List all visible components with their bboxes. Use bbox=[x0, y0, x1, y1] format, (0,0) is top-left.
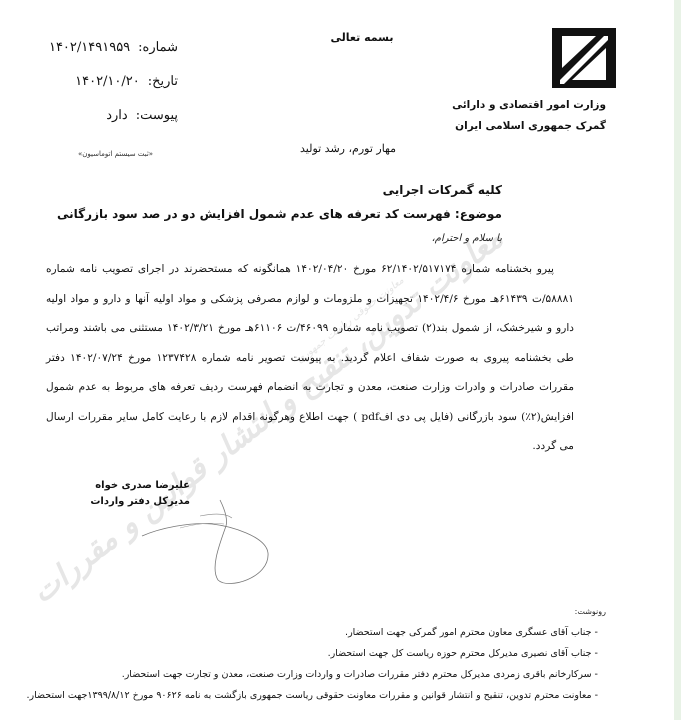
subject-text: فهرست کد تعرفه های عدم شمول افزایش دو در… bbox=[57, 207, 451, 221]
cc-list: رونوشت: - جناب آقای عسگری معاون محترم ام… bbox=[6, 602, 606, 706]
year-slogan: مهار تورم، رشد تولید bbox=[300, 142, 396, 155]
letter-body: پیرو بخشنامه شماره ۶۲/۱۴۰۲/۵۱۷۱۷۴ مورخ ۱… bbox=[46, 255, 574, 462]
letter-date-label: تاریخ: bbox=[148, 74, 178, 89]
customs-logo-icon bbox=[552, 28, 616, 88]
side-strip bbox=[674, 0, 681, 720]
ministry-name: وزارت امور اقتصادی و دارائی bbox=[426, 95, 606, 116]
cc-item: - سرکارخانم باقری زمردی مدیرکل محترم دفت… bbox=[6, 664, 606, 685]
automation-system-note: «ثبت سیستم اتوماسیون» bbox=[78, 150, 153, 158]
subject-label: موضوع: bbox=[455, 207, 502, 221]
cc-item: - جناب آقای نصیری مدیرکل محترم حوزه ریاس… bbox=[6, 643, 606, 664]
customs-name: گمرک جمهوری اسلامی ایران bbox=[426, 116, 606, 137]
letter-number-value: ۱۴۰۲/۱۴۹۱۹۵۹ bbox=[49, 40, 130, 55]
besmeh-heading: بسمه تعالی bbox=[322, 31, 402, 44]
letter-body-text: پیرو بخشنامه شماره ۶۲/۱۴۰۲/۵۱۷۱۷۴ مورخ ۱… bbox=[46, 263, 574, 452]
letter-number-label: شماره: bbox=[138, 40, 178, 55]
cc-item: - معاونت محترم تدوین، تنقیح و انتشار قوا… bbox=[6, 685, 606, 706]
greeting: با سلام و احترام، bbox=[432, 233, 502, 244]
attachment-value: دارد bbox=[106, 108, 127, 123]
letter-page: معاونت حقوقی ریاست جمهوری معاونت تدوین، … bbox=[0, 0, 674, 720]
handwritten-signature-icon bbox=[120, 498, 270, 588]
subject-line: موضوع: فهرست کد تعرفه های عدم شمول افزای… bbox=[57, 207, 502, 221]
attachment-label: پیوست: bbox=[136, 108, 178, 123]
addressee: کلیه گمرکات اجرایی bbox=[383, 183, 502, 197]
letter-date-value: ۱۴۰۲/۱۰/۲۰ bbox=[75, 74, 140, 89]
letter-meta: شماره: ۱۴۰۲/۱۴۹۱۹۵۹ تاریخ: ۱۴۰۲/۱۰/۲۰ پی… bbox=[28, 30, 178, 132]
attachment-row: پیوست: دارد bbox=[28, 98, 178, 132]
cc-item: - جناب آقای عسگری معاون محترم امور گمرکی… bbox=[6, 622, 606, 643]
signer-name: علیرضا صدری خواه bbox=[90, 478, 190, 494]
letter-date-row: تاریخ: ۱۴۰۲/۱۰/۲۰ bbox=[28, 64, 178, 98]
letter-number-row: شماره: ۱۴۰۲/۱۴۹۱۹۵۹ bbox=[28, 30, 178, 64]
cc-title: رونوشت: bbox=[6, 602, 606, 622]
organization-name: وزارت امور اقتصادی و دارائی گمرک جمهوری … bbox=[426, 95, 606, 137]
